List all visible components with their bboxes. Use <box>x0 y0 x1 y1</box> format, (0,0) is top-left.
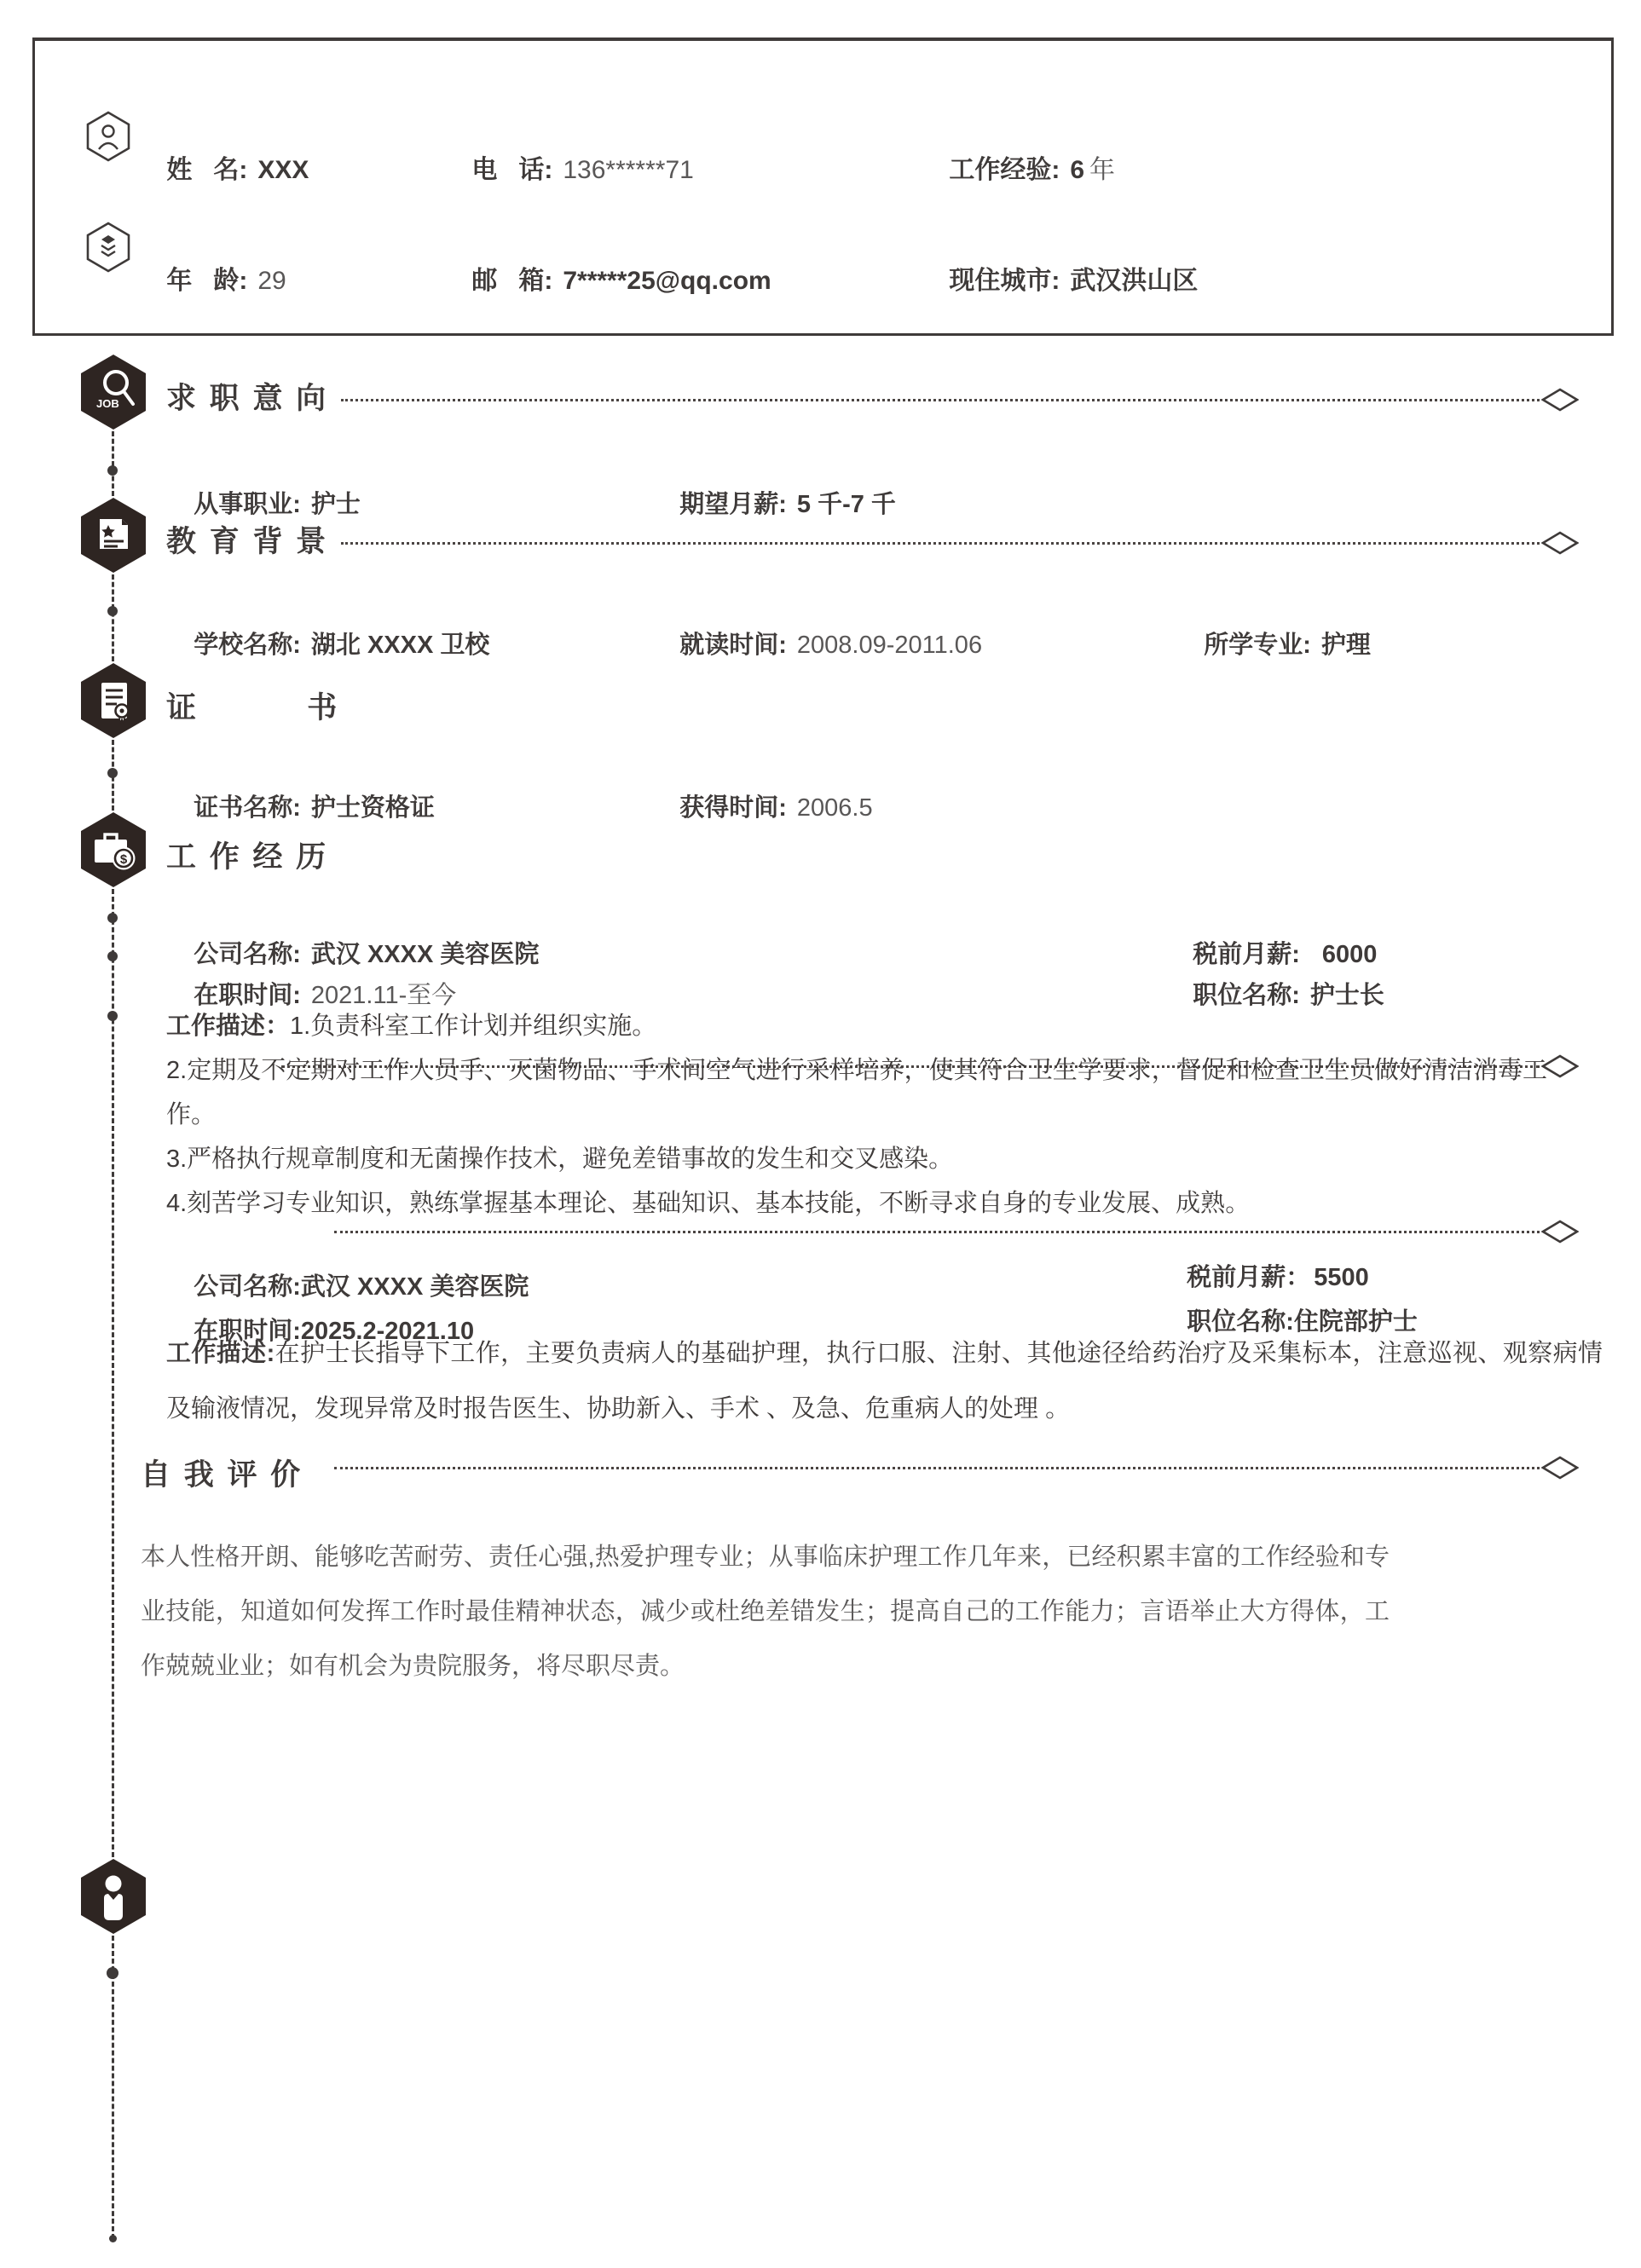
name-row: 姓 名:XXX <box>138 119 309 215</box>
timeline-segment <box>112 1936 114 2239</box>
diamond-icon <box>1541 1220 1579 1244</box>
city-label: 现住城市: <box>949 267 1060 295</box>
study-period-label: 就读时间: <box>679 632 787 659</box>
major-label: 所学专业: <box>1204 632 1311 659</box>
city-row: 现住城市:武汉洪山区 <box>921 230 1198 326</box>
job1-desc-item: 3.严格执行规章制度和无菌操作技术，避免差错事故的发生和交叉感染。 <box>166 1137 1547 1181</box>
experience-label: 工作经验: <box>949 156 1060 184</box>
study-period-value: 2008.09-2011.06 <box>797 632 982 659</box>
dotted-rule <box>341 542 1540 545</box>
expected-salary-label: 期望月薪: <box>679 491 787 518</box>
study-period-row: 就读时间:2008.09-2011.06 <box>652 597 982 689</box>
email-row: 邮 箱:7*****25@qq.com <box>443 230 771 326</box>
diamond-icon <box>1541 531 1579 555</box>
timeline-dot <box>107 951 118 961</box>
dotted-rule <box>334 1467 1540 1469</box>
briefcase-dollar-icon: $ <box>79 811 147 889</box>
layers-icon <box>85 222 131 273</box>
certificate-date-label: 获得时间: <box>679 794 787 822</box>
job1-desc-item: 2.定期及不定期对工作人员手、灭菌物品、手术间空气进行采样培养，使其符合卫生学要… <box>166 1048 1547 1137</box>
self-evaluation-text: 本人性格开朗、能够吃苦耐劳、责任心强,热爱护理专业；从事临床护理工作几年来，已经… <box>141 1530 1390 1694</box>
major-row: 所学专业:护理 <box>1176 597 1371 689</box>
certificate-date-value: 2006.5 <box>797 794 873 822</box>
job2-desc-text: 在护士长指导下工作，主要负责病人的基础护理，执行口服、注射、其他途径给药治疗及采… <box>166 1340 1603 1423</box>
job1-desc-label: 工作描述： <box>166 1013 290 1040</box>
dotted-rule <box>341 399 1540 401</box>
timeline-dot <box>107 768 118 778</box>
section-title-job-intention: 求 职 意 向 <box>166 375 328 418</box>
diamond-icon <box>1541 388 1579 412</box>
school-label: 学校名称: <box>194 632 301 659</box>
timeline-segment <box>112 889 114 1857</box>
school-value: 湖北 XXXX 卫校 <box>311 632 490 659</box>
job1-desc-line: 工作描述：1.负责科室工作计划并组织实施。 <box>166 1004 1547 1048</box>
timeline-segment <box>112 431 114 496</box>
job-search-icon: JOB <box>79 353 147 431</box>
timeline-end-dot <box>109 2235 117 2242</box>
name-value: XXX <box>257 156 309 184</box>
expected-salary-value: 5 千-7 千 <box>797 491 896 518</box>
diamond-icon <box>1541 1054 1579 1078</box>
certificate-date-row: 获得时间:2006.5 <box>652 760 873 851</box>
section-title-self-evaluation: 自 我 评 价 <box>141 1451 303 1494</box>
school-row: 学校名称:湖北 XXXX 卫校 <box>166 597 489 689</box>
timeline-segment <box>112 574 114 661</box>
experience-unit: 年 <box>1089 156 1115 184</box>
phone-label: 电 话: <box>471 156 552 184</box>
timeline-dot <box>107 465 118 476</box>
job1-description: 工作描述：1.负责科室工作计划并组织实施。 2.定期及不定期对工作人员手、灭菌物… <box>166 1004 1547 1226</box>
occupation-row: 从事职业:护士 <box>166 457 361 548</box>
job2-description: 工作描述:在护士长指导下工作，主要负责病人的基础护理，执行口服、注射、其他途径给… <box>166 1326 1603 1437</box>
experience-value: 6 <box>1070 156 1084 184</box>
section-title-certificate: 证 书 <box>166 684 339 727</box>
person-solid-icon <box>79 1857 147 1936</box>
timeline-dot <box>107 913 118 923</box>
age-row: 年 龄:29 <box>138 230 286 326</box>
timeline-dot <box>107 1011 118 1021</box>
occupation-label: 从事职业: <box>194 491 301 518</box>
certificate-icon <box>79 661 147 740</box>
job2-desc-label: 工作描述: <box>166 1340 274 1367</box>
timeline-dot <box>107 1967 118 1979</box>
experience-row: 工作经验:6年 <box>921 119 1115 215</box>
age-label: 年 龄: <box>166 267 247 295</box>
svg-text:$: $ <box>120 852 128 867</box>
certificate-name-label: 证书名称: <box>194 794 301 822</box>
phone-value: 136******71 <box>563 156 693 184</box>
name-label: 姓 名: <box>166 156 247 184</box>
person-outline-icon <box>85 111 131 162</box>
certificate-name-value: 护士资格证 <box>311 794 435 822</box>
expected-salary-row: 期望月薪:5 千-7 千 <box>652 457 896 548</box>
phone-row: 电 话:136******71 <box>443 119 694 215</box>
svg-text:JOB: JOB <box>96 397 119 410</box>
major-value: 护理 <box>1321 632 1371 659</box>
resume-page: 姓 名:XXX 电 话:136******71 工作经验:6年 年 龄:29 邮… <box>0 0 1641 2268</box>
city-value: 武汉洪山区 <box>1070 267 1198 295</box>
email-label: 邮 箱: <box>471 267 552 295</box>
education-book-icon <box>79 496 147 574</box>
age-value: 29 <box>257 267 286 295</box>
timeline-dot <box>107 606 118 616</box>
job1-desc-item: 4.刻苦学习专业知识，熟练掌握基本理论、基础知识、基本技能，不断寻求自身的专业发… <box>166 1181 1547 1226</box>
diamond-icon <box>1541 1456 1579 1480</box>
job1-desc-item: 1.负责科室工作计划并组织实施。 <box>290 1013 656 1040</box>
certificate-name-row: 证书名称:护士资格证 <box>166 760 435 851</box>
email-value: 7*****25@qq.com <box>563 267 771 295</box>
occupation-value: 护士 <box>311 491 361 518</box>
